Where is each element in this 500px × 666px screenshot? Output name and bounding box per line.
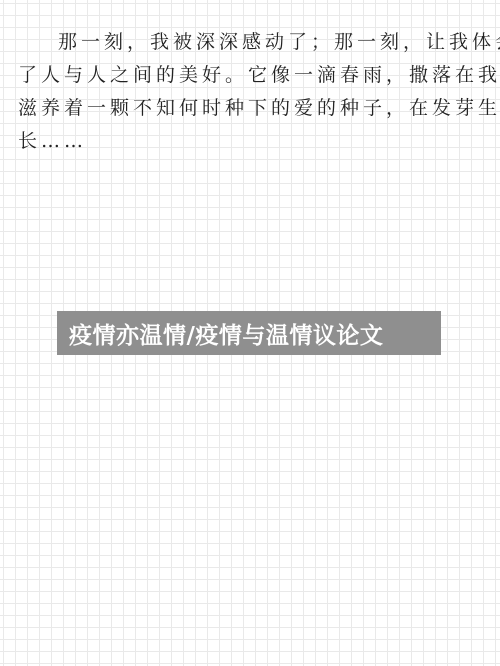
handwritten-line-1: 那一刻，我被深深感动了；那一刻，让我体会到 bbox=[18, 26, 488, 59]
banner-title: 疫情亦温情/疫情与温情议论文 bbox=[57, 317, 383, 350]
handwritten-line-3: 滋养着一颗不知何时种下的爱的种子，在发芽生 bbox=[18, 92, 488, 125]
title-banner: 疫情亦温情/疫情与温情议论文 bbox=[57, 311, 441, 355]
handwritten-line-2: 了人与人之间的美好。它像一滴春雨，撒落在我心头， bbox=[18, 59, 488, 92]
handwritten-line-4: 长…… bbox=[18, 125, 488, 158]
handwritten-paragraph: 那一刻，我被深深感动了；那一刻，让我体会到 了人与人之间的美好。它像一滴春雨，撒… bbox=[18, 26, 488, 158]
